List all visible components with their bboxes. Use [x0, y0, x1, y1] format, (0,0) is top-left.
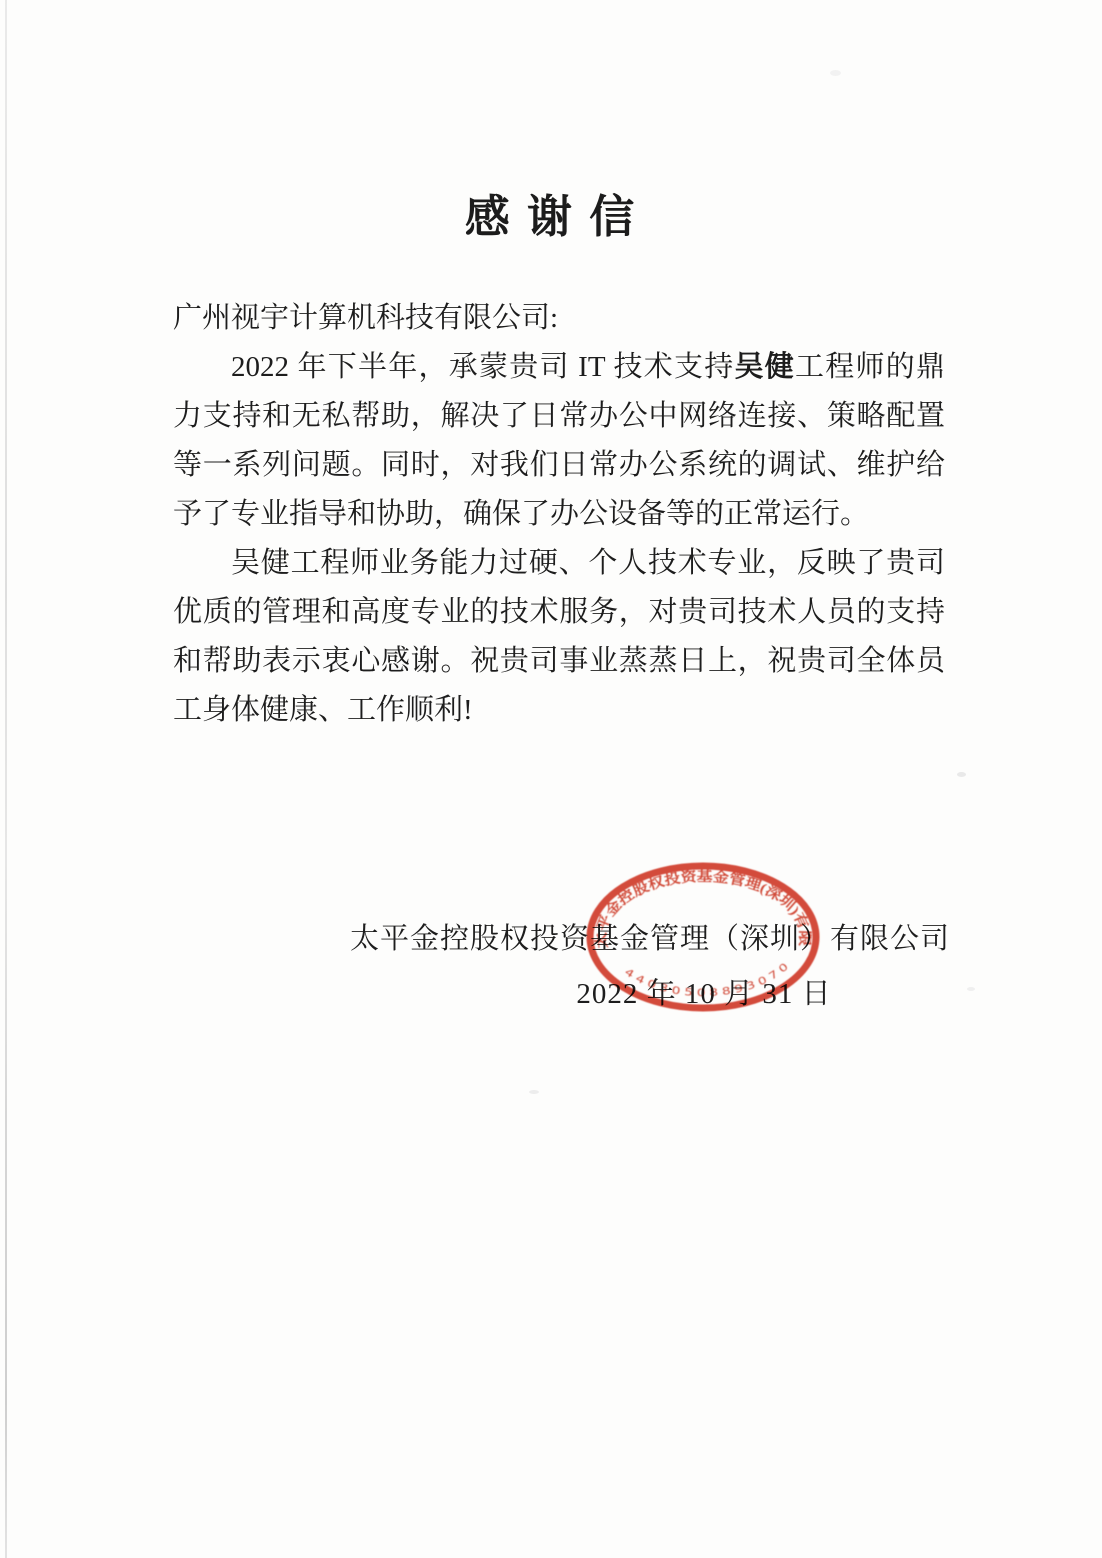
company-seal-stamp: 太平金控股权投资基金管理(深圳)有限公司 44030508893070 [584, 860, 822, 1014]
body-line-6: 吴健工程师业务能力过硬、个人技术专业，反映了贵司 [173, 539, 945, 588]
engineer-name-bold: 吴健 [735, 351, 796, 383]
body-text-segment: 2022 年下半年，承蒙贵司 IT 技术支持 [231, 351, 735, 383]
scan-speck [957, 772, 966, 777]
scan-speck [529, 1090, 539, 1094]
body-line-7: 优质的管理和高度专业的技术服务，对贵司技术人员的支持 [173, 588, 945, 637]
body-line-9: 工身体健康、工作顺利! [173, 686, 945, 735]
scan-speck [830, 70, 841, 76]
body-line-2: 2022 年下半年，承蒙贵司 IT 技术支持吴健工程师的鼎 [173, 343, 945, 392]
scanned-letter-page: 感 谢 信 广州视宇计算机科技有限公司: 2022 年下半年，承蒙贵司 IT 技… [0, 0, 1102, 1558]
seal-company-arc-text: 太平金控股权投资基金管理(深圳)有限公司 [584, 860, 813, 949]
salutation-line: 广州视宇计算机科技有限公司: [173, 294, 945, 343]
body-line-4: 等一系列问题。同时，对我们日常办公系统的调试、维护给 [173, 441, 945, 490]
letter-body: 广州视宇计算机科技有限公司: 2022 年下半年，承蒙贵司 IT 技术支持吴健工… [173, 294, 945, 735]
scan-speck [967, 987, 975, 991]
body-line-8: 和帮助表示衷心感谢。祝贵司事业蒸蒸日上，祝贵司全体员 [173, 637, 945, 686]
letter-title: 感 谢 信 [0, 180, 1102, 245]
body-text-segment: 工程师的鼎 [795, 351, 945, 383]
body-line-3: 力支持和无私帮助，解决了日常办公中网络连接、策略配置 [173, 392, 945, 441]
seal-arc-text-container: 太平金控股权投资基金管理(深圳)有限公司 [584, 860, 813, 949]
body-line-5: 予了专业指导和协助，确保了办公设备等的正常运行。 [173, 490, 945, 539]
seal-ring [590, 866, 816, 1008]
